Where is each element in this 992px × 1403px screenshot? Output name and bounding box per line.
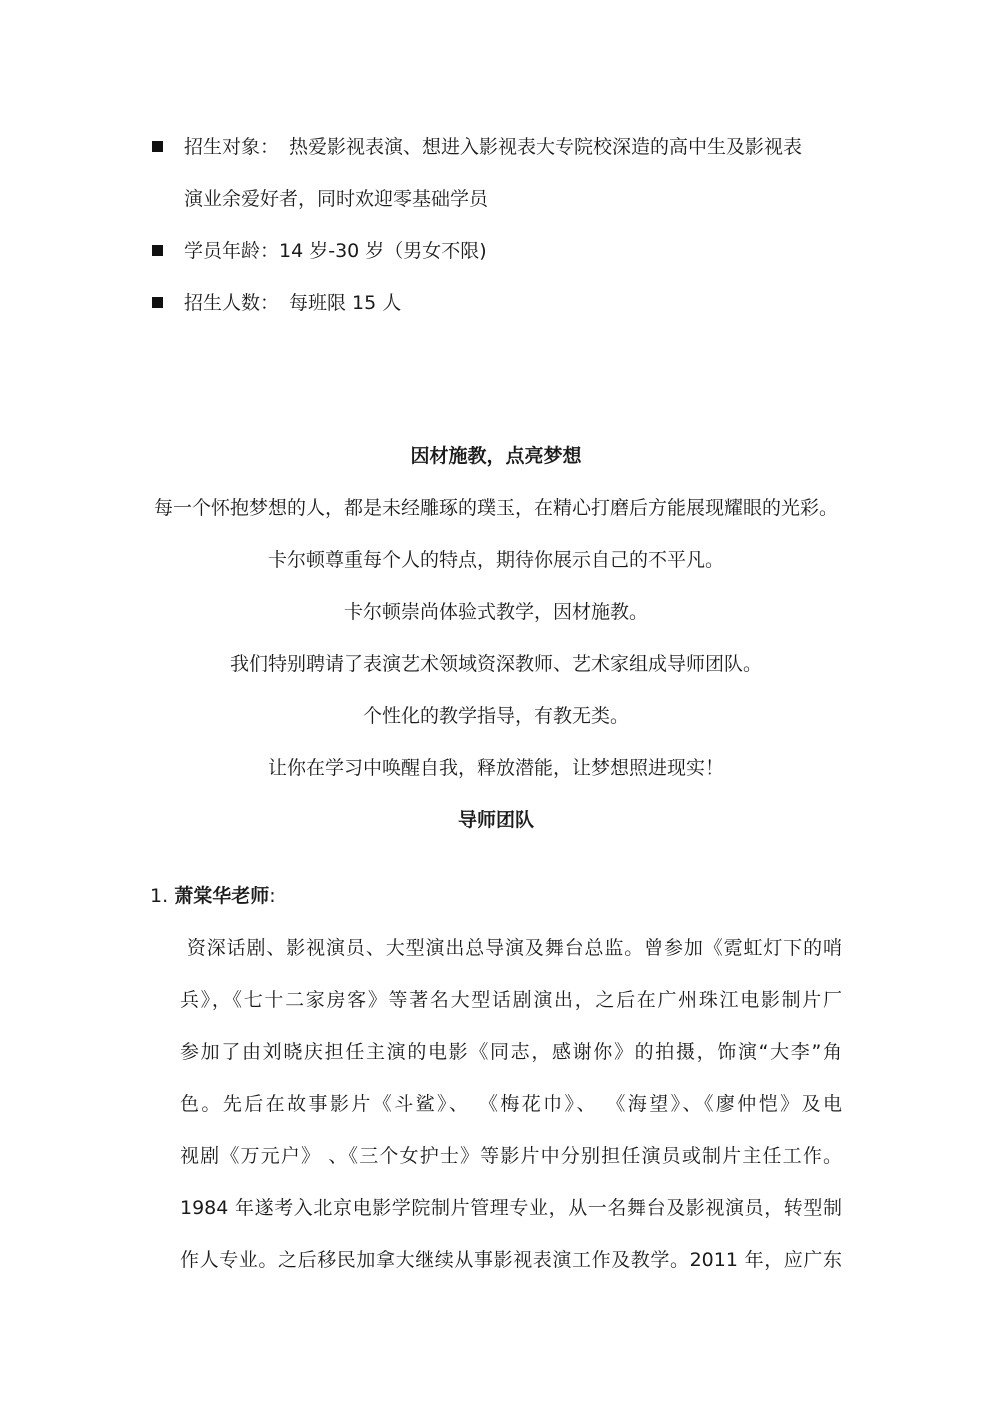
mentor-bio-line: 作人专业。之后移民加拿大继续从事影视表演工作及教学。2011 年，应广东 [180,1248,842,1272]
mentor-bio-line: 色。先后在故事影片《斗鲨》、 《梅花巾》、 《海望》、《廖仲恺》及电 [180,1092,842,1116]
item-value: 每班限 15 人 [289,292,401,314]
mentor-number: 1. [150,885,168,907]
square-bullet-icon [152,141,163,152]
section-title: 导师团队 [0,808,992,832]
mentor-name: 萧棠华老师 [174,885,269,907]
item-label: 招生人数： [184,292,279,314]
item-value: 14 岁-30 岁（男女不限) [279,240,487,262]
paragraph-line: 我们特别聘请了表演艺术领域资深教师、艺术家组成导师团队。 [0,652,992,676]
item-value: 热爱影视表演、想进入影视表大专院校深造的高中生及影视表 [289,136,802,158]
section-title: 因材施教，点亮梦想 [0,444,992,468]
enrollment-item-target: 招生对象：热爱影视表演、想进入影视表大专院校深造的高中生及影视表 [184,135,802,159]
mentor-bio-line: 参加了由刘晓庆担任主演的电影《同志，感谢你》的拍摄，饰演“大李”角 [180,1040,842,1064]
square-bullet-icon [152,297,163,308]
item-label: 招生对象： [184,136,279,158]
document-page: 招生对象：热爱影视表演、想进入影视表大专院校深造的高中生及影视表 演业余爱好者，… [0,0,992,1403]
enrollment-item-count: 招生人数：每班限 15 人 [184,291,401,315]
mentor-heading: 1. 萧棠华老师: [150,884,276,908]
enrollment-item-age: 学员年龄：14 岁-30 岁（男女不限) [184,239,487,263]
paragraph-line: 个性化的教学指导，有教无类。 [0,704,992,728]
paragraph-line: 每一个怀抱梦想的人，都是未经雕琢的璞玉，在精心打磨后方能展现耀眼的光彩。 [0,496,992,520]
mentor-bio-line: 视剧《万元户》 、《三个女护士》等影片中分别担任演员或制片主任工作。 [180,1144,842,1168]
mentor-bio-line: 兵》，《七十二家房客》等著名大型话剧演出，之后在广州珠江电影制片厂 [180,988,842,1012]
mentor-bio-line: 1984 年遂考入北京电影学院制片管理专业，从一名舞台及影视演员，转型制 [180,1196,842,1220]
mentor-colon: : [269,885,275,907]
square-bullet-icon [152,245,163,256]
paragraph-line: 让你在学习中唤醒自我，释放潜能，让梦想照进现实！ [0,756,992,780]
paragraph-line: 卡尔顿崇尚体验式教学，因材施教。 [0,600,992,624]
mentor-bio-line: 资深话剧、影视演员、大型演出总导演及舞台总监。曾参加《霓虹灯下的哨 [180,936,842,960]
enrollment-item-target-cont: 演业余爱好者，同时欢迎零基础学员 [184,187,488,211]
item-label: 学员年龄： [184,240,279,262]
paragraph-line: 卡尔顿尊重每个人的特点，期待你展示自己的不平凡。 [0,548,992,572]
